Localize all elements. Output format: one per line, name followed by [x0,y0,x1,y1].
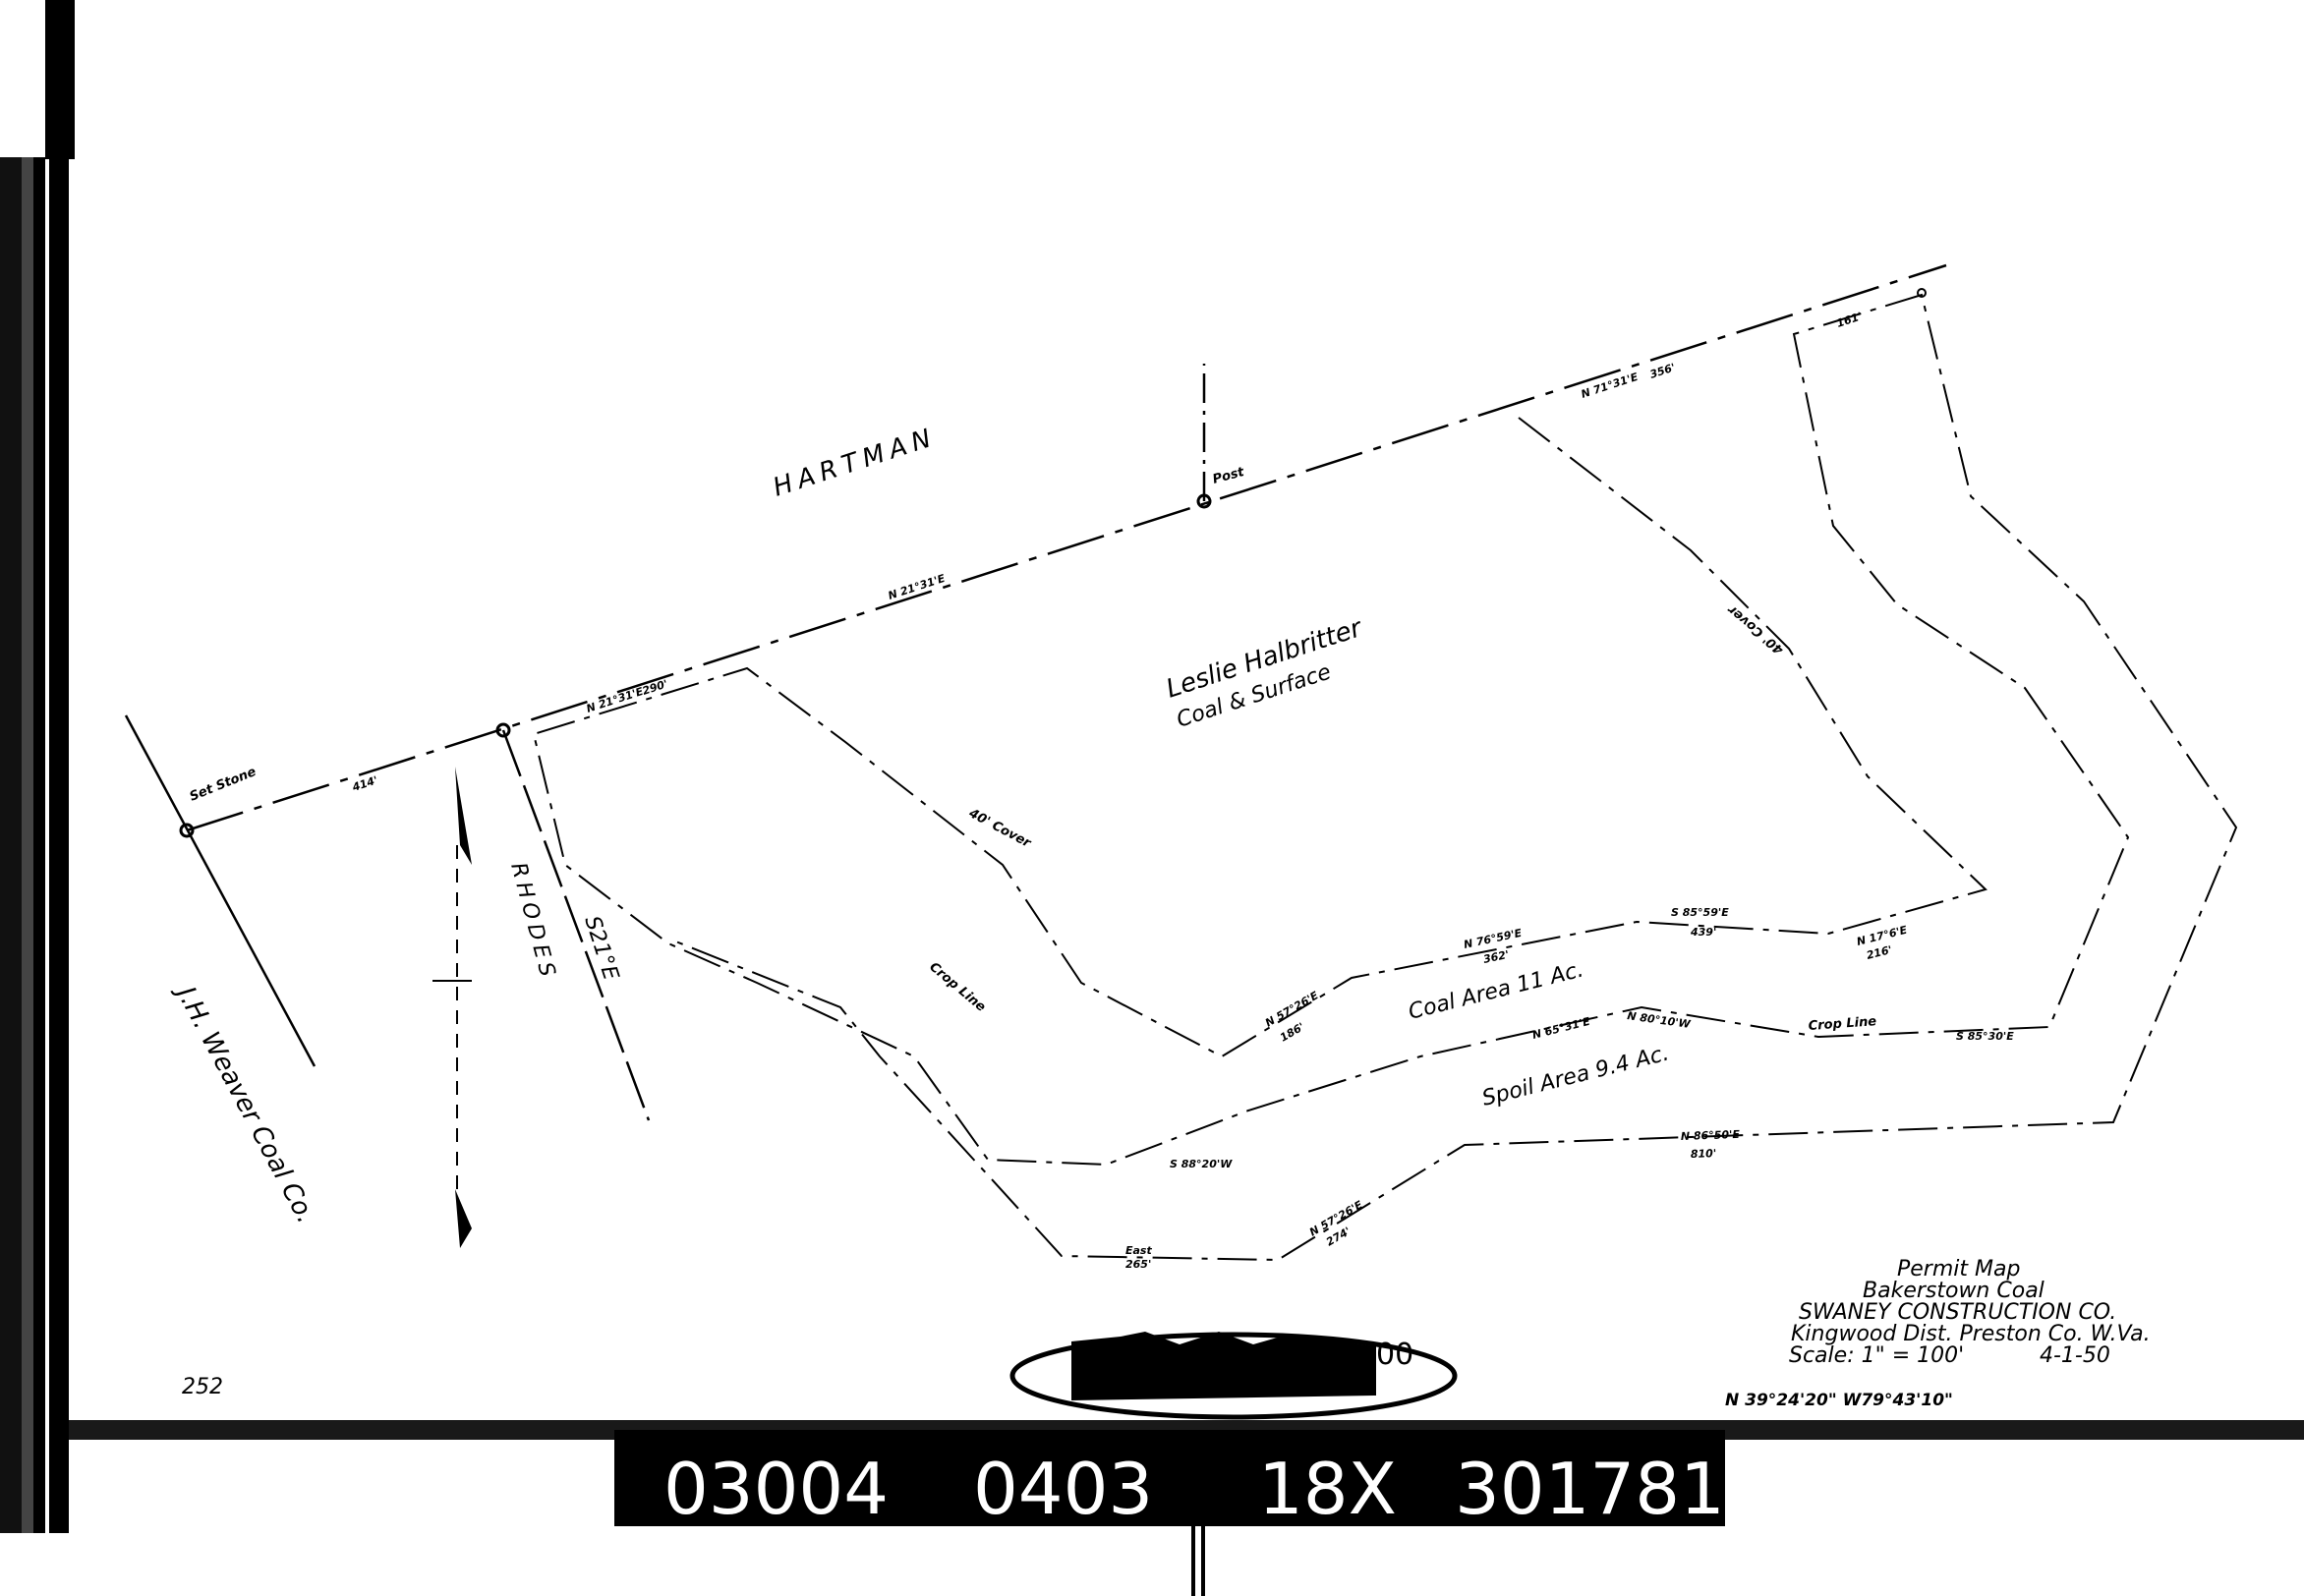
film-code-1: 03004 [663,1448,889,1530]
film-strip: 03004 0403 18X 301781 [69,1420,2304,1596]
call-bearing: S 85°30'E [1956,1030,2014,1043]
title-date: 4-1-50 [2040,1343,2110,1368]
call-distance: 216' [1866,943,1894,962]
stamp-text: 00 [1376,1338,1413,1372]
north-arrow-icon [432,767,472,1248]
call-bearing: N 65°31'E [1531,1015,1592,1042]
call-distance: 356' [1648,361,1677,381]
title-scale: Scale: 1" = 100' [1789,1343,1964,1368]
spoil-area-label: Spoil Area 9.4 Ac. [1479,1041,1671,1111]
scan-left-edge [0,0,75,1533]
crop-line-label-1: Crop Line [926,960,988,1015]
call-bearing: N 76°59'E [1463,927,1524,951]
call-bearing: N 21°31'E [887,572,948,602]
parcel-label-weaver: J.H. Weaver Coal Co. [168,978,320,1228]
sheet-number: 252 [182,1375,223,1399]
rhodes-bearing-label: S21°E [579,913,622,983]
call-bearing: S 85°59'E [1671,906,1729,919]
coordinates-label: N 39°24'20" W79°43'10" [1725,1391,1953,1410]
call-distance: 186' [1278,1020,1306,1044]
call-distance: 414' [350,773,379,794]
coal-area-label: Coal Area 11 Ac. [1406,957,1585,1024]
post-label: Post [1211,465,1246,487]
call-distance: 810' [1691,1147,1717,1161]
crop-line-label-2: Crop Line [1808,1014,1877,1034]
title-block: Permit Map Bakerstown Coal SWANEY CONSTR… [1725,1257,2151,1410]
call-bearing: S 88°20'W [1170,1158,1233,1170]
film-code-4: 301781 [1455,1448,1725,1530]
call-bearing: N 21°31'E [585,685,646,715]
call-distance: 439' [1690,926,1716,939]
permit-map: 03004 0403 18X 301781 00 HARTMAN Leslie … [0,0,2304,1596]
parcel-label-rhodes: RHODES [505,860,560,984]
boundary-lines [126,265,1946,1120]
call-distance: 265' [1125,1258,1151,1271]
boundary-call-labels: 414' N 21°31'E 290' N 21°31'E N 71°31'E … [350,310,2014,1271]
parcel-label-hartman: HARTMAN [770,423,941,503]
call-bearing: N 86°50'E [1681,1128,1741,1143]
film-code-2: 0403 [973,1448,1153,1530]
call-bearing: N 80°10'W [1627,1009,1693,1031]
west-boundary [126,715,315,1066]
call-bearing: N 57°26'E [1263,989,1321,1030]
film-code-3: 18X [1258,1448,1397,1530]
set-stone-label: Set Stone [188,765,259,805]
call-distance: 161' [1835,310,1864,330]
call-bearing: N 71°31'E [1580,370,1641,401]
call-bearing: East [1125,1244,1152,1257]
redacted-stamp: 00 [1012,1332,1455,1417]
cover-label-2: 40' Cover [1724,601,1787,657]
